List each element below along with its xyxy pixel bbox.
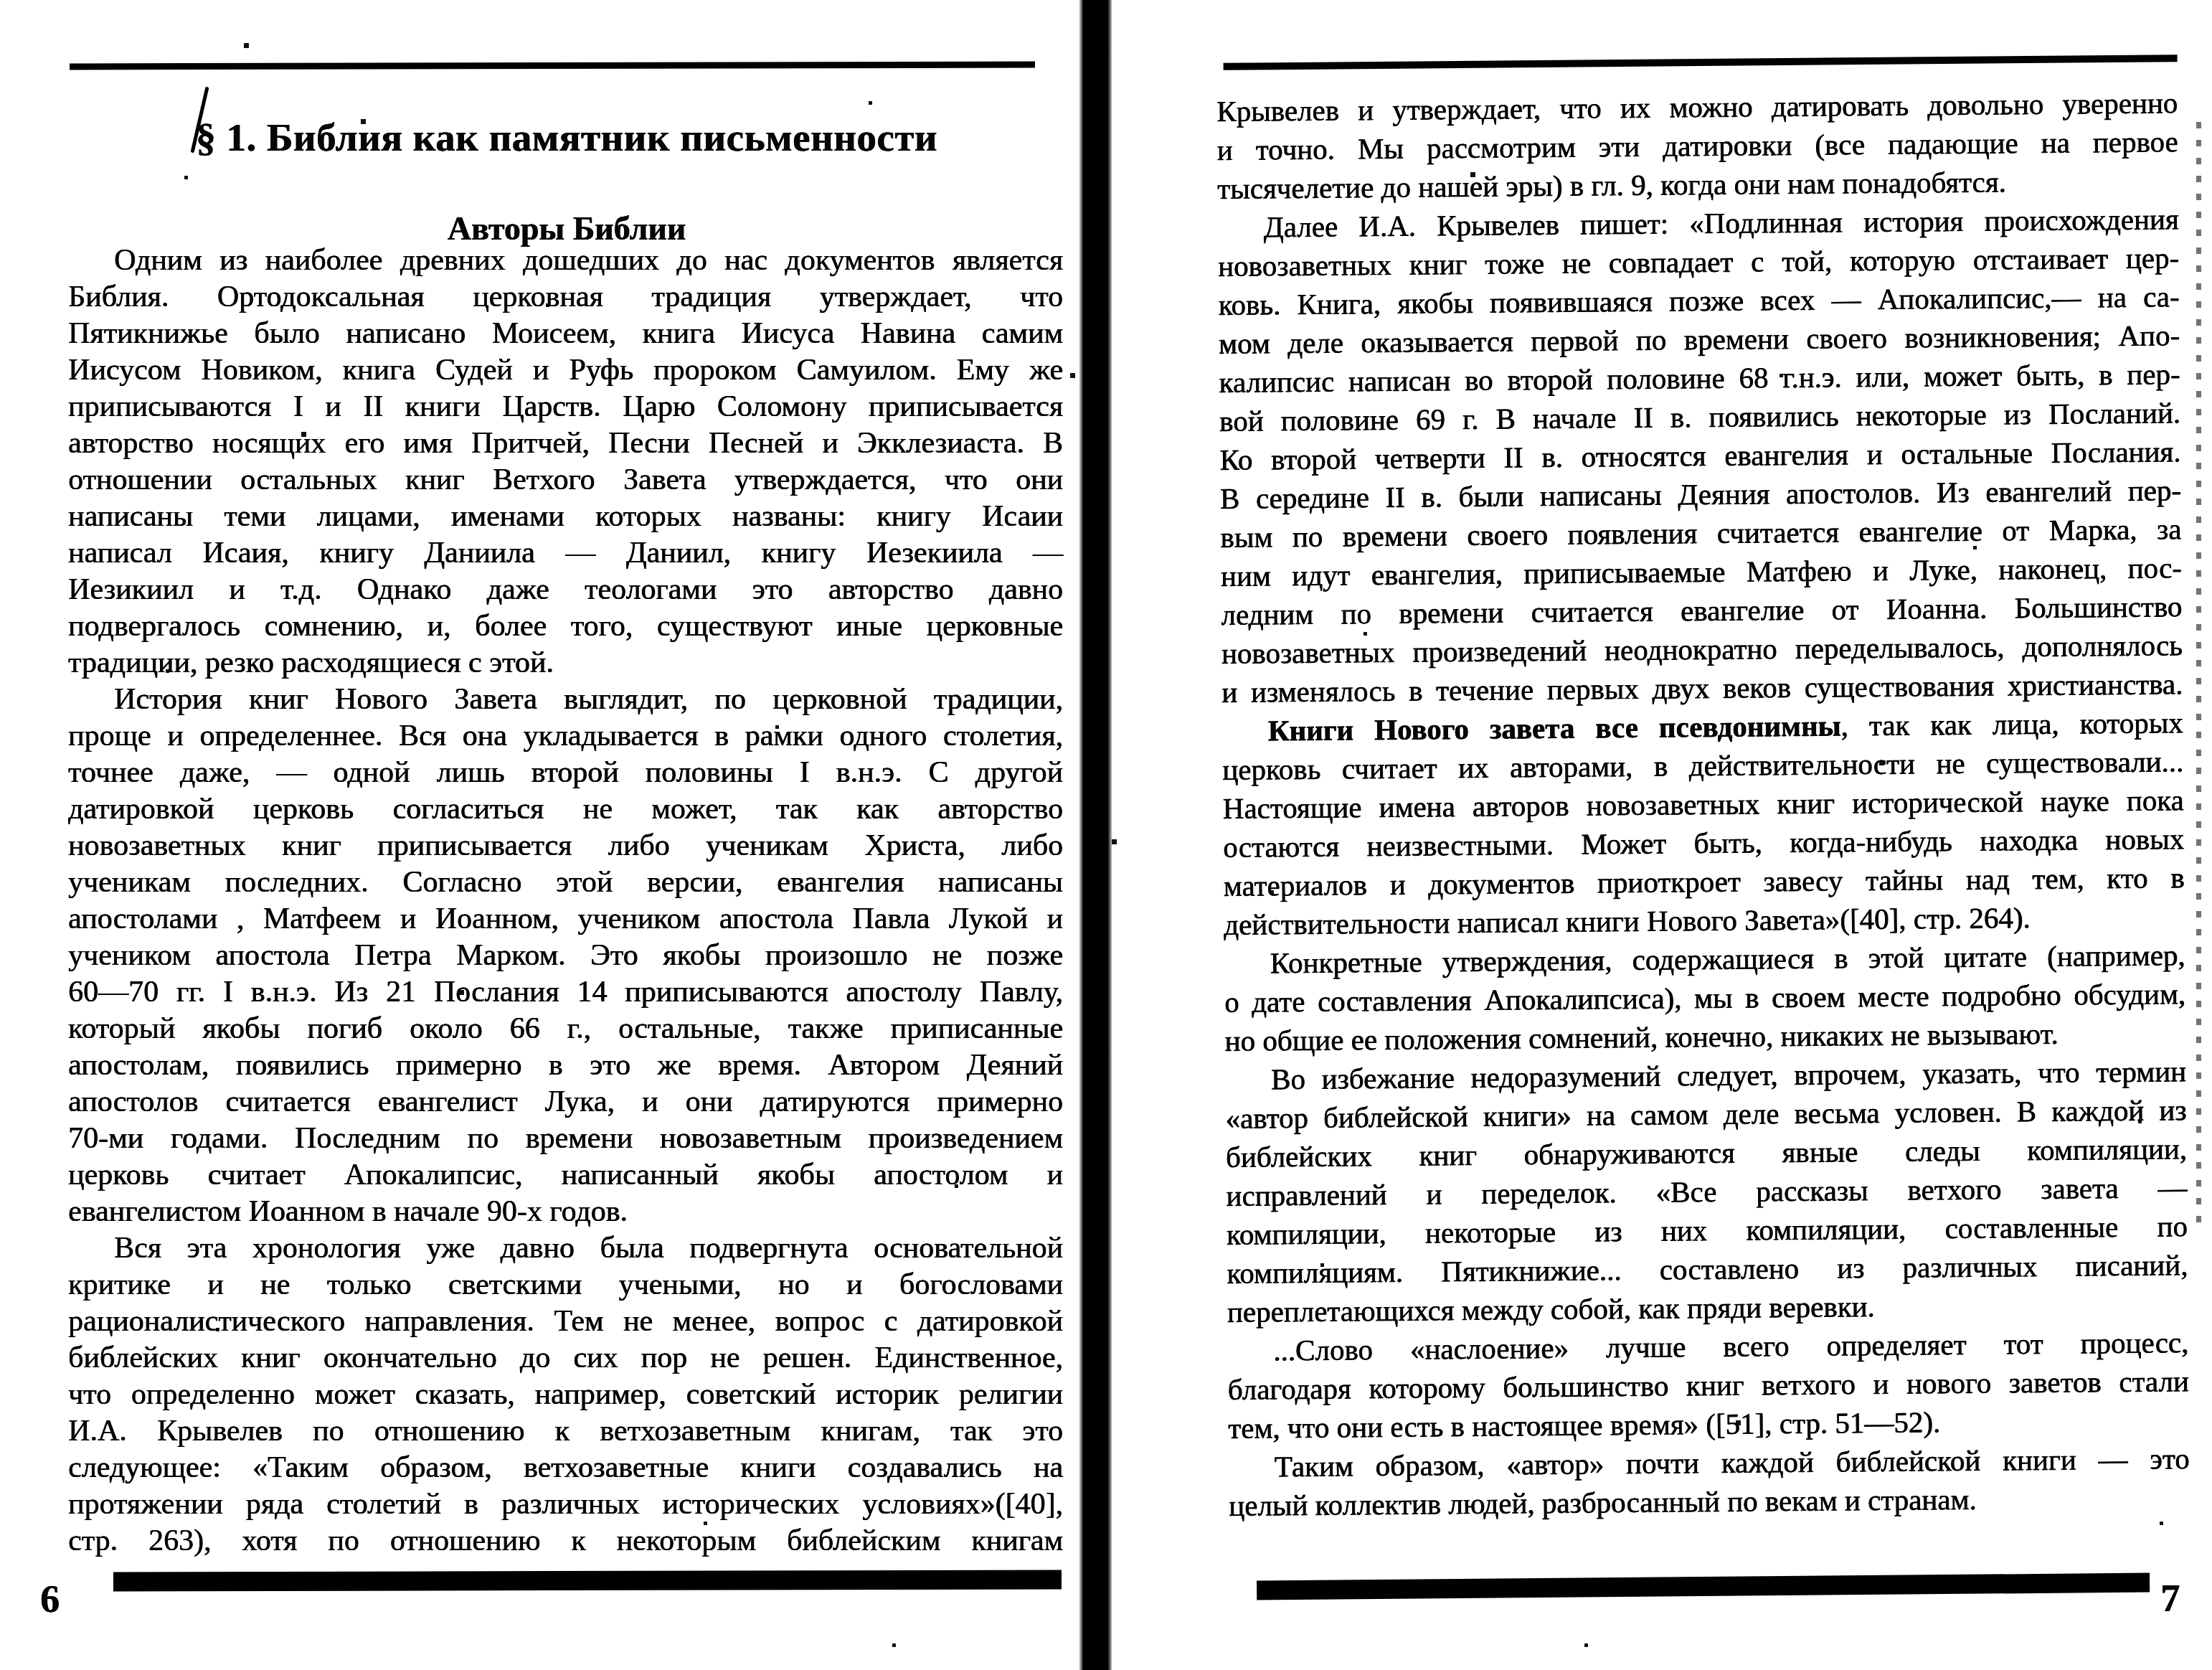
text-line: точнее даже, — одной лишь второй половин… (68, 755, 1063, 791)
paragraph: Книги Нового завета все псевдонимны, так… (1221, 703, 2185, 944)
text-line: апостолам, появились примерно в это же в… (68, 1047, 1063, 1084)
paragraph: Далее И.А. Крывелев пишет: «Подлинная ис… (1217, 199, 2183, 712)
text-line: написаны теми лицами, именами которых на… (68, 499, 1063, 535)
paragraph: Конкретные утверждения, содержащиеся в э… (1224, 935, 2185, 1060)
text-line: традиции, резко расходящиеся с этой. (68, 645, 1063, 681)
paragraph: История книг Нового Завета выглядит, по … (68, 681, 1063, 1230)
left-page-body: Одним из наиболее древних дошедших до на… (68, 242, 1063, 1560)
text-line: что определенно может сказать, например,… (68, 1377, 1063, 1413)
text-line: Одним из наиболее древних дошедших до на… (68, 242, 1063, 279)
text-line: библейских книг окончательно до сих пор … (68, 1340, 1063, 1377)
text-line: ученикам последних. Согласно этой версии… (68, 864, 1063, 901)
paragraph: Одним из наиболее древних дошедших до на… (68, 242, 1063, 681)
right-page-footer-bar (1257, 1573, 2150, 1600)
text-line: Вся эта хронология уже давно была подвер… (68, 1230, 1063, 1267)
paragraph: Вся эта хронология уже давно была подвер… (68, 1230, 1063, 1560)
page-edge-noise (2196, 122, 2201, 1227)
scan-specks (0, 0, 2, 2)
text-line: критике и не только светскими учеными, н… (68, 1267, 1063, 1303)
text-line: Библия. Ортодоксальная церковная традици… (68, 279, 1063, 316)
paragraph: Крывелев и утверждает, что их можно дати… (1216, 83, 2178, 208)
text-line: История книг Нового Завета выглядит, по … (68, 681, 1063, 718)
text-line: отношении остальных книг Ветхого Завета … (68, 462, 1063, 499)
left-page-footer-bar (113, 1570, 1062, 1592)
text-line: апостолами , Матфеем и Иоанном, учеником… (68, 901, 1063, 938)
text-line: 60—70 гг. I в.н.э. Из 21 Послания 14 при… (68, 974, 1063, 1011)
text-line: церковь считает Апокалипсис, написанный … (68, 1157, 1063, 1194)
text-line: новозаветных книг приписывается либо уче… (68, 828, 1063, 864)
text-line: апостолов считается евангелист Лука, и о… (68, 1084, 1063, 1121)
paragraph: Во избежание недоразумений следует, впро… (1225, 1052, 2188, 1331)
left-page-top-rule (70, 62, 1035, 70)
text-line: учеником апостола Петра Марком. Это якоб… (68, 938, 1063, 974)
text-line: евангелистом Иоанном в начале 90-х годов… (68, 1194, 1063, 1230)
right-page-body: Крывелев и утверждает, что их можно дати… (1216, 83, 2190, 1525)
left-page-number: 6 (40, 1577, 60, 1621)
text-line: приписываются I и II книги Царств. Царю … (68, 389, 1063, 425)
text-line: 70-ми годами. Последним по времени новоз… (68, 1121, 1063, 1157)
right-page-number: 7 (2160, 1575, 2180, 1620)
bold-lead: Книги Нового завета все псевдонимны (1268, 709, 1841, 747)
text-line: авторство носящих его имя Притчей, Песни… (68, 425, 1063, 462)
text-line: протяжении ряда столетий в различных ист… (68, 1486, 1063, 1523)
right-page: Крывелев и утверждает, что их можно дати… (1216, 0, 2191, 1670)
paragraph: ...Слово «наслоение» лучше всего определ… (1227, 1323, 2189, 1448)
text-line: написал Исаия, книгу Даниила — Даниил, к… (68, 535, 1063, 572)
section-heading: § 1. Библия как памятник письменности (68, 115, 1065, 160)
text-line: рационалистического направления. Тем не … (68, 1303, 1063, 1340)
text-line: Иисусом Новиком, книга Судей и Руфь прор… (68, 352, 1063, 389)
right-page-top-rule (1224, 55, 2178, 70)
text-line: И.А. Крывелев по отношению к ветхозаветн… (68, 1413, 1063, 1450)
book-gutter-shadow (1079, 0, 1112, 1670)
text-line: подвергалось сомнению, и, более того, су… (68, 608, 1063, 645)
text-line: целый коллектив людей, разбросанный по в… (1229, 1478, 2190, 1525)
text-line: проще и определеннее. Вся она укладывает… (68, 718, 1063, 755)
paragraph: Таким образом, «автор» почти каждой библ… (1228, 1439, 2190, 1525)
text-line: который якобы погиб около 66 г., остальн… (68, 1011, 1063, 1047)
text-line: Иезикиил и т.д. Однако даже теологами эт… (68, 572, 1063, 608)
text-line: стр. 263), хотя по отношению к некоторым… (68, 1523, 1063, 1560)
text-line: датировкой церковь согласиться не может,… (68, 791, 1063, 828)
text-line: следующее: «Таким образом, ветхозаветные… (68, 1450, 1063, 1486)
text-line: Пятикнижье было написано Моисеем, книга … (68, 316, 1063, 352)
